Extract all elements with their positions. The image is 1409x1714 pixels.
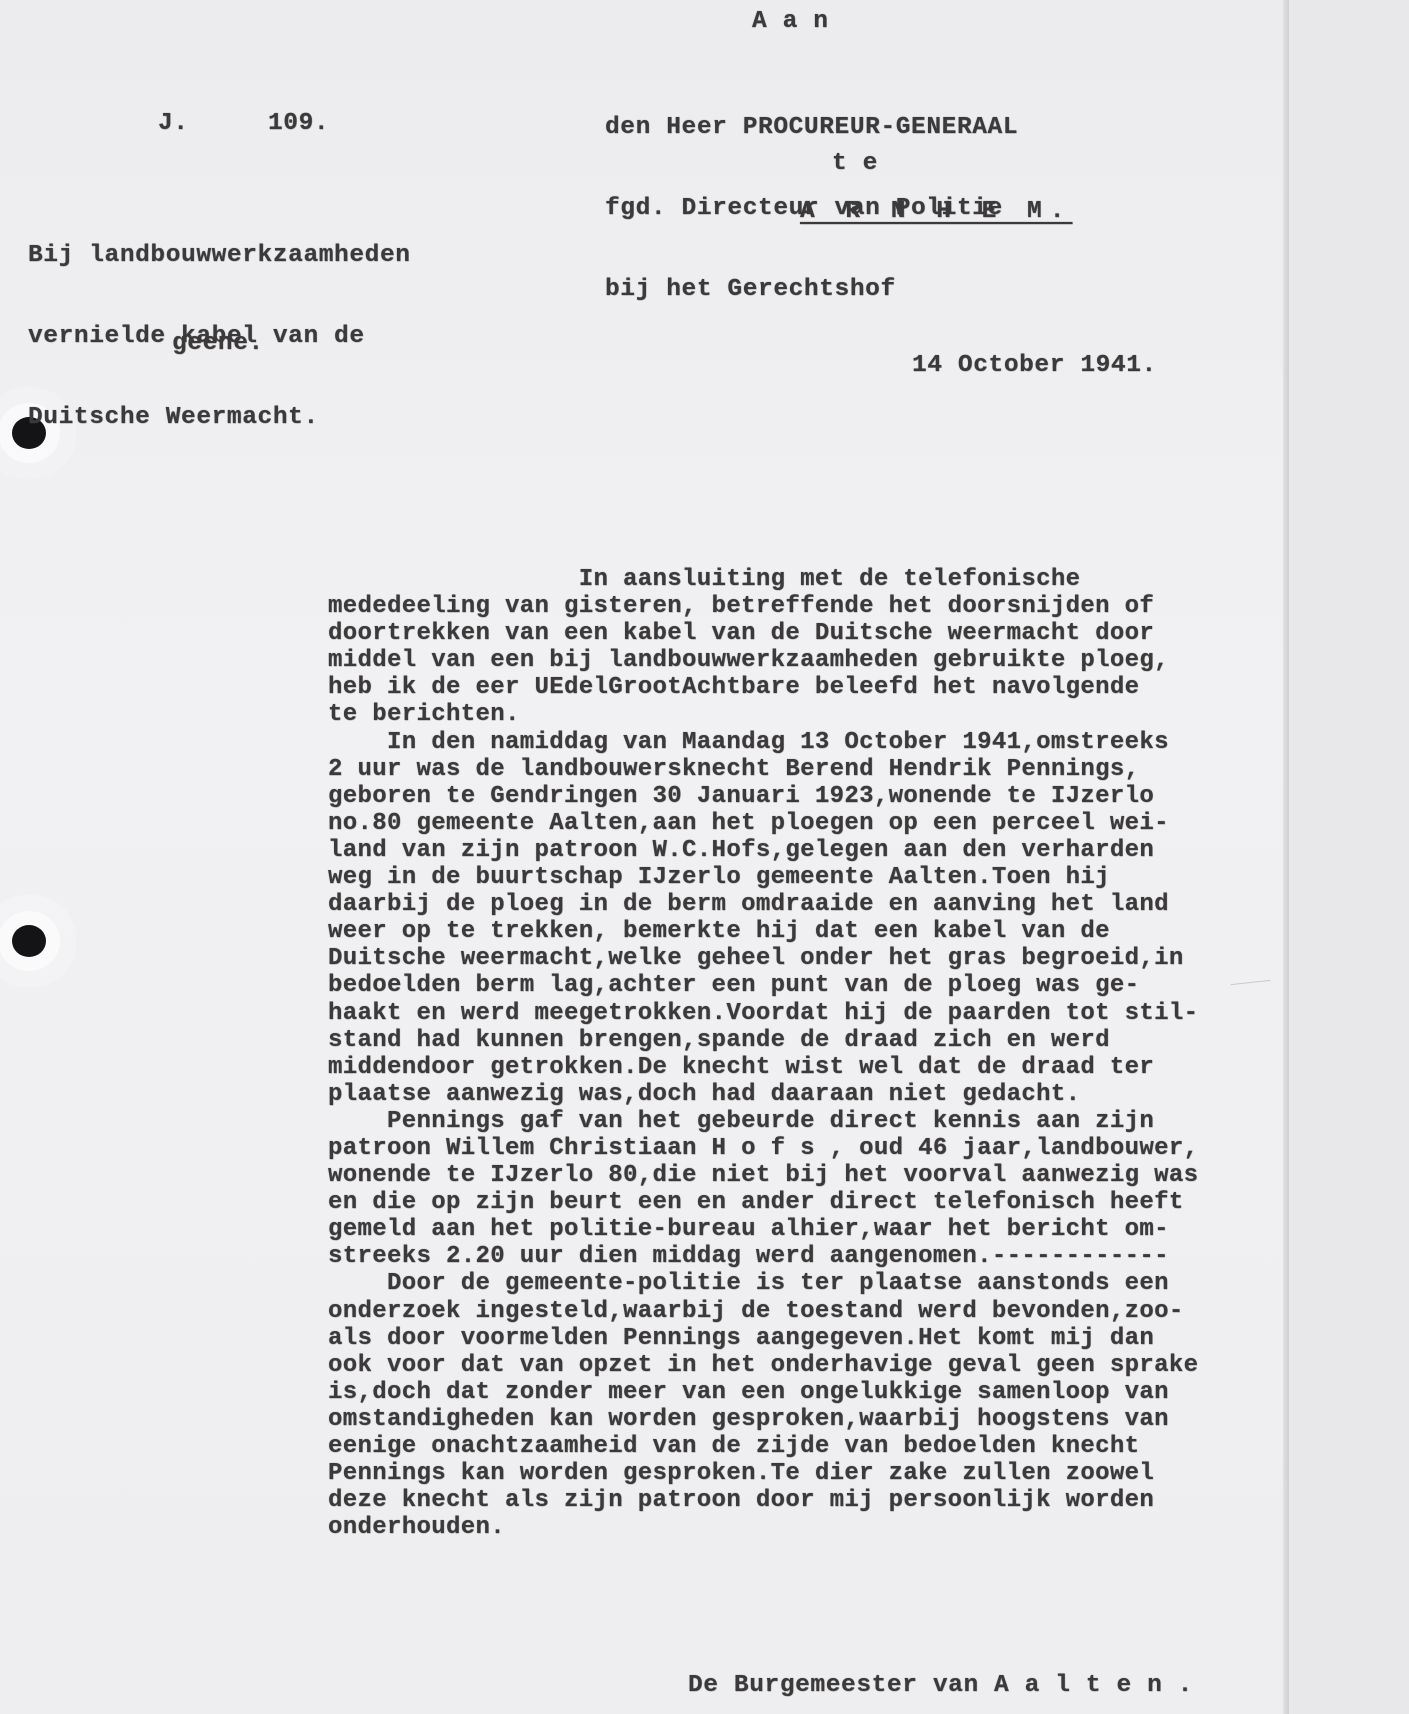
place-prefix: t e bbox=[832, 150, 878, 177]
punch-hole-bottom bbox=[12, 925, 46, 957]
body-line: In aansluiting met de telefonische bbox=[328, 566, 1198, 593]
body-line: onderzoek ingesteld,waarbij de toestand … bbox=[328, 1298, 1198, 1325]
salutation-heading: A a n bbox=[752, 8, 829, 35]
body-line: Door de gemeente-politie is ter plaatse … bbox=[328, 1270, 1198, 1297]
signature: De Burgemeester van A a l t e n . bbox=[688, 1672, 1193, 1699]
body-line: onderhouden. bbox=[328, 1514, 1198, 1541]
destination-city: A R N H E M. bbox=[800, 198, 1072, 225]
body-line: bedoelden berm lag,achter een punt van d… bbox=[328, 972, 1198, 999]
addressee-line: den Heer PROCUREUR-GENERAAL bbox=[605, 114, 1018, 141]
body-line: als door voormelden Pennings aangegeven.… bbox=[328, 1325, 1198, 1352]
body-line: gemeld aan het politie-bureau alhier,waa… bbox=[328, 1216, 1198, 1243]
body-line: land van zijn patroon W.C.Hofs,gelegen a… bbox=[328, 837, 1198, 864]
body-line: doortrekken van een kabel van de Duitsch… bbox=[328, 620, 1198, 647]
body-line: 2 uur was de landbouwersknecht Berend He… bbox=[328, 756, 1198, 783]
body-line: Duitsche weermacht,welke geheel onder he… bbox=[328, 945, 1198, 972]
body-line: weg in de buurtschap IJzerlo gemeente Aa… bbox=[328, 864, 1198, 891]
body-line: no.80 gemeente Aalten,aan het ploegen op… bbox=[328, 810, 1198, 837]
reference-prefix: J. bbox=[158, 110, 189, 137]
paper-edge bbox=[1283, 0, 1289, 1714]
body-line: daarbij de ploeg in de berm omdraaide en… bbox=[328, 891, 1198, 918]
body-line: is,doch dat zonder meer van een ongelukk… bbox=[328, 1379, 1198, 1406]
body-line: plaatse aanwezig was,doch had daaraan ni… bbox=[328, 1081, 1198, 1108]
body-line: In den namiddag van Maandag 13 October 1… bbox=[328, 729, 1198, 756]
body-line: ook voor dat van opzet in het onderhavig… bbox=[328, 1352, 1198, 1379]
reference-number: 109. bbox=[268, 110, 329, 137]
body-line: te berichten. bbox=[328, 701, 1198, 728]
body-line: patroon Willem Christiaan H o f s , oud … bbox=[328, 1135, 1198, 1162]
letter-date: 14 October 1941. bbox=[912, 352, 1157, 379]
body-line: haakt en werd meegetrokken.Voordat hij d… bbox=[328, 1000, 1198, 1027]
body-line: mededeeling van gisteren, betreffende he… bbox=[328, 593, 1198, 620]
body-line: wonende te IJzerlo 80,die niet bij het v… bbox=[328, 1162, 1198, 1189]
paper-tear bbox=[1231, 980, 1272, 993]
body-line: geboren te Gendringen 30 Januari 1923,wo… bbox=[328, 783, 1198, 810]
subject-line: Bij landbouwwerkzaamheden bbox=[28, 242, 411, 269]
letter-body: In aansluiting met de telefonischemedede… bbox=[328, 566, 1198, 1541]
body-line: deze knecht als zijn patroon door mij pe… bbox=[328, 1487, 1198, 1514]
letter-page: A a n den Heer PROCUREUR-GENERAAL fgd. D… bbox=[0, 0, 1289, 1714]
subject-line: Duitsche Weermacht. bbox=[28, 404, 411, 431]
body-line: middendoor getrokken.De knecht wist wel … bbox=[328, 1054, 1198, 1081]
enclosures: geene. bbox=[172, 330, 264, 357]
body-line: weer op te trekken, bemerkte hij dat een… bbox=[328, 918, 1198, 945]
body-line: eenige onachtzaamheid van de zijde van b… bbox=[328, 1433, 1198, 1460]
body-line: stand had kunnen brengen,spande de draad… bbox=[328, 1027, 1198, 1054]
addressee-line: bij het Gerechtshof bbox=[605, 276, 1018, 303]
body-line: en die op zijn beurt een en ander direct… bbox=[328, 1189, 1198, 1216]
body-line: middel van een bij landbouwwerkzaamheden… bbox=[328, 647, 1198, 674]
body-line: Pennings gaf van het gebeurde direct ken… bbox=[328, 1108, 1198, 1135]
body-line: streeks 2.20 uur dien middag werd aangen… bbox=[328, 1243, 1198, 1270]
body-line: heb ik de eer UEdelGrootAchtbare beleefd… bbox=[328, 674, 1198, 701]
body-line: Pennings kan worden gesproken.Te dier za… bbox=[328, 1460, 1198, 1487]
body-line: omstandigheden kan worden gesproken,waar… bbox=[328, 1406, 1198, 1433]
